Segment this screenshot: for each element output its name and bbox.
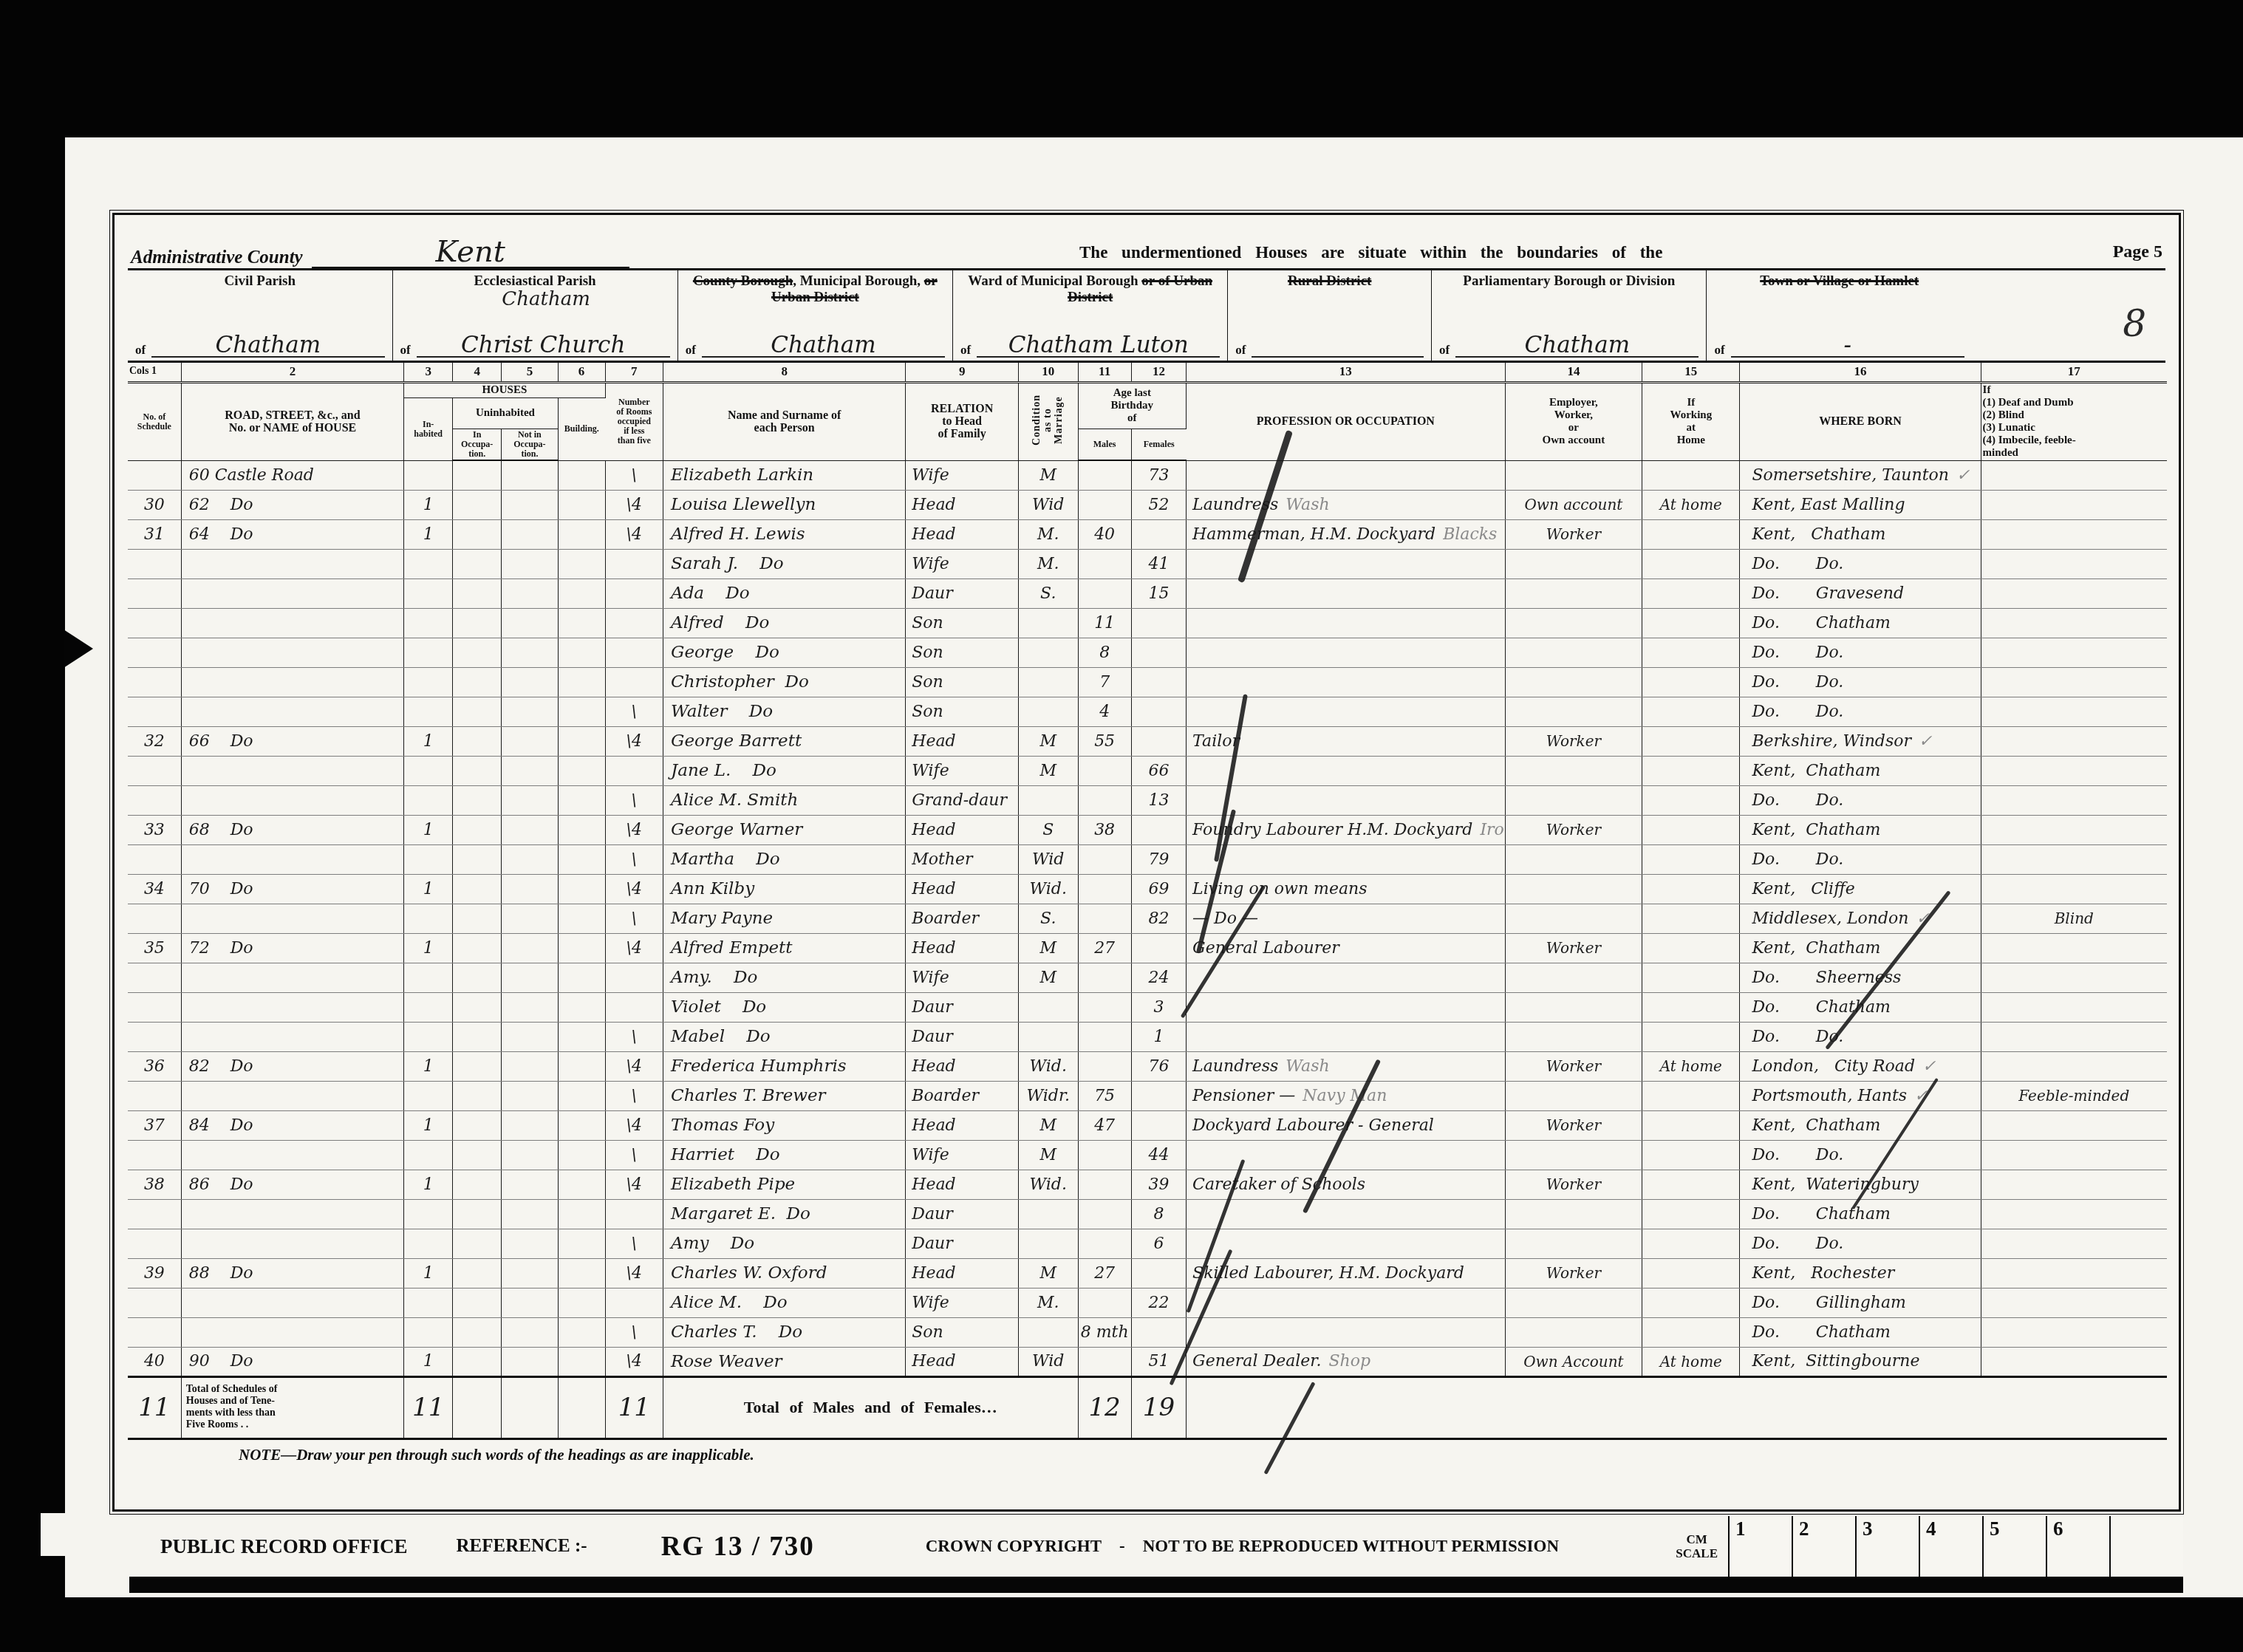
cell-building (558, 1317, 605, 1347)
separator-dash: - (1119, 1537, 1125, 1556)
cell-condition (1019, 608, 1079, 638)
parish-value: Chatham (1455, 334, 1699, 358)
cell-road (181, 638, 403, 667)
header-if-working: If Working at Home (1642, 382, 1740, 460)
cell-infirmity (1981, 963, 2167, 992)
cell-where-born: Do. Do. (1740, 1140, 1981, 1170)
cell-rooms: \4 (605, 1170, 663, 1199)
cell-schedule (128, 844, 181, 874)
cell-road (181, 963, 403, 992)
cell-rooms: \4 (605, 726, 663, 756)
cell-uninhabited-in-occupation (453, 1199, 502, 1229)
cell-where-born: Kent, Sittingbourne (1740, 1347, 1981, 1376)
cell-uninhabited-in-occupation (453, 1022, 502, 1051)
header-infirmity: If (1) Deaf and Dumb (2) Blind (3) Lunat… (1981, 382, 2167, 460)
cell-condition: Widr. (1019, 1081, 1079, 1110)
cell-uninhabited-in-occupation (453, 667, 502, 697)
cell-schedule (128, 549, 181, 578)
cell-road (181, 667, 403, 697)
cell-occupation: LaundressWash (1187, 490, 1505, 519)
cell-building (558, 933, 605, 963)
cell-schedule (128, 904, 181, 933)
cell-inhabited (404, 1081, 453, 1110)
cell-at-home (1642, 874, 1740, 904)
cell-inhabited: 1 (404, 1347, 453, 1376)
cell-uninhabited-in-occupation (453, 874, 502, 904)
cell-name: Charles W. Oxford (663, 1258, 906, 1288)
cell-uninhabited-not-occupation (502, 726, 558, 756)
cell-where-born: Kent, Chatham (1740, 1110, 1981, 1140)
cell-name: Alfred H. Lewis (663, 519, 906, 549)
cell-at-home (1642, 1081, 1740, 1110)
census-record-row: 4090 Do1\4Rose WeaverHeadWid51General De… (128, 1347, 2167, 1376)
cell-condition: Wid. (1019, 874, 1079, 904)
cell-infirmity (1981, 785, 2167, 815)
cell-relation: Head (906, 933, 1019, 963)
cell-uninhabited-in-occupation (453, 578, 502, 608)
cell-name: George Do (663, 638, 906, 667)
cell-condition: M (1019, 726, 1079, 756)
cell-schedule (128, 1229, 181, 1258)
column-number: 9 (906, 363, 1019, 382)
cell-road: 68 Do (181, 815, 403, 844)
cell-condition: Wid (1019, 1347, 1079, 1376)
cell-rooms (605, 963, 663, 992)
cell-where-born: Kent, Rochester (1740, 1258, 1981, 1288)
cell-rooms (605, 578, 663, 608)
census-record-row: Ada DoDaurS.15Do. Gravesend (128, 578, 2167, 608)
cell-building (558, 1170, 605, 1199)
cell-age-female: 79 (1131, 844, 1186, 874)
cell-uninhabited-not-occupation (502, 638, 558, 667)
cell-schedule (128, 608, 181, 638)
table-header: Cols 1234567891011121314151617 No. of Sc… (128, 363, 2167, 460)
cell-age-male (1078, 1347, 1131, 1376)
cell-name: Walter Do (663, 697, 906, 726)
cell-occupation (1187, 549, 1505, 578)
header-females: Females (1131, 429, 1186, 461)
cell-where-born: Portsmouth, Hants✓ (1740, 1081, 1981, 1110)
cell-uninhabited-not-occupation (502, 756, 558, 785)
cell-condition (1019, 1199, 1079, 1229)
cell-uninhabited-in-occupation (453, 1288, 502, 1317)
cell-schedule: 34 (128, 874, 181, 904)
cell-uninhabited-not-occupation (502, 1199, 558, 1229)
cell-relation: Mother (906, 844, 1019, 874)
cell-age-female (1131, 519, 1186, 549)
cell-age-female (1131, 1110, 1186, 1140)
census-record-row: Margaret E. DoDaur8Do. Chatham (128, 1199, 2167, 1229)
cell-inhabited (404, 1140, 453, 1170)
cell-infirmity (1981, 726, 2167, 756)
cell-name: Alice M. Do (663, 1288, 906, 1317)
cell-inhabited: 1 (404, 1110, 453, 1140)
column-number: 2 (181, 363, 403, 382)
parish-box: Ecclesiastical ParishChathamofChrist Chu… (393, 270, 678, 361)
cell-rooms (605, 638, 663, 667)
cell-inhabited (404, 667, 453, 697)
cell-uninhabited-in-occupation (453, 490, 502, 519)
census-record-row: 3470 Do1\4Ann KilbyHeadWid.69Living on o… (128, 874, 2167, 904)
cm-scale-endcap (2109, 1516, 2183, 1577)
cell-where-born: Do. Chatham (1740, 608, 1981, 638)
parish-box: Ward of Municipal Borough or of Urban Di… (953, 270, 1228, 361)
cell-relation: Daur (906, 578, 1019, 608)
column-number: 16 (1740, 363, 1981, 382)
cell-infirmity (1981, 697, 2167, 726)
column-number: 12 (1131, 363, 1186, 382)
column-number: 8 (663, 363, 906, 382)
cell-uninhabited-in-occupation (453, 1258, 502, 1288)
cell-schedule (128, 992, 181, 1022)
cell-rooms (605, 549, 663, 578)
cell-rooms: \4 (605, 1051, 663, 1081)
cell-employer (1505, 785, 1642, 815)
cell-condition: Wid. (1019, 1051, 1079, 1081)
column-number: 10 (1019, 363, 1079, 382)
census-record-row: \Walter DoSon4Do. Do. (128, 697, 2167, 726)
cell-road: 82 Do (181, 1051, 403, 1081)
cell-relation: Daur (906, 1229, 1019, 1258)
cell-where-born: Do. Do. (1740, 1229, 1981, 1258)
cell-infirmity (1981, 1258, 2167, 1288)
public-record-office-label: PUBLIC RECORD OFFICE (160, 1535, 408, 1558)
cell-at-home (1642, 1229, 1740, 1258)
cell-age-male: 55 (1078, 726, 1131, 756)
archival-stamp: 8 (2123, 302, 2146, 345)
cell-name: Louisa Llewellyn (663, 490, 906, 519)
cell-at-home: At home (1642, 1347, 1740, 1376)
cm-scale-cell: 6 (2046, 1516, 2109, 1577)
cell-age-male (1078, 1288, 1131, 1317)
empty-cell (1187, 1376, 2167, 1438)
cell-schedule: 31 (128, 519, 181, 549)
cell-uninhabited-not-occupation (502, 1258, 558, 1288)
cell-occupation: Skilled Labourer, H.M. Dockyard (1187, 1258, 1505, 1288)
cell-where-born: Do. Do. (1740, 667, 1981, 697)
cell-employer (1505, 549, 1642, 578)
cell-schedule (128, 667, 181, 697)
cell-condition: M (1019, 933, 1079, 963)
cell-employer: Worker (1505, 726, 1642, 756)
cell-age-female (1131, 933, 1186, 963)
cell-at-home (1642, 697, 1740, 726)
cell-infirmity (1981, 1110, 2167, 1140)
census-record-row: \Alice M. SmithGrand-daur13Do. Do. (128, 785, 2167, 815)
cell-condition: M (1019, 1140, 1079, 1170)
cm-scale-label: CM SCALE (1676, 1532, 1718, 1560)
cell-occupation (1187, 1317, 1505, 1347)
cell-inhabited: 1 (404, 874, 453, 904)
cell-condition: Wid (1019, 490, 1079, 519)
cell-inhabited (404, 608, 453, 638)
header-not-in-occupation: Not in Occupa- tion. (502, 429, 558, 461)
of-label: of (1714, 343, 1724, 358)
cell-uninhabited-in-occupation (453, 756, 502, 785)
cell-rooms (605, 667, 663, 697)
census-record-row: \Mary PayneBoarderS.82— Do —Middlesex, L… (128, 904, 2167, 933)
cell-infirmity (1981, 992, 2167, 1022)
cell-age-male (1078, 460, 1131, 490)
cell-rooms: \4 (605, 933, 663, 963)
cell-name: Christopher Do (663, 667, 906, 697)
census-record-row: 3682 Do1\4Frederica HumphrisHeadWid.76La… (128, 1051, 2167, 1081)
cell-age-male (1078, 549, 1131, 578)
cell-schedule (128, 1199, 181, 1229)
cell-building (558, 667, 605, 697)
cell-uninhabited-not-occupation (502, 608, 558, 638)
cell-occupation: General Dealer.Shop (1187, 1347, 1505, 1376)
cell-where-born: Berkshire, Windsor✓ (1740, 726, 1981, 756)
cell-inhabited (404, 578, 453, 608)
cell-rooms: \ (605, 785, 663, 815)
empty-cell (453, 1376, 502, 1438)
cell-relation: Daur (906, 1022, 1019, 1051)
cell-rooms: \4 (605, 874, 663, 904)
cell-infirmity (1981, 578, 2167, 608)
cell-age-male (1078, 1199, 1131, 1229)
cell-age-female: 15 (1131, 578, 1186, 608)
census-record-row: Sarah J. DoWifeM.41Do. Do. (128, 549, 2167, 578)
cell-rooms: \ (605, 904, 663, 933)
cell-where-born: Do. Do. (1740, 549, 1981, 578)
cell-employer (1505, 992, 1642, 1022)
cell-uninhabited-not-occupation (502, 1081, 558, 1110)
cell-road (181, 904, 403, 933)
cell-employer (1505, 844, 1642, 874)
cell-age-female (1131, 697, 1186, 726)
cell-building (558, 490, 605, 519)
cell-uninhabited-in-occupation (453, 785, 502, 815)
cell-uninhabited-not-occupation (502, 1288, 558, 1317)
cell-name: Elizabeth Pipe (663, 1170, 906, 1199)
parish-box-title: County Borough, Municipal Borough, or Ur… (683, 273, 948, 306)
cell-occupation (1187, 1199, 1505, 1229)
cell-uninhabited-in-occupation (453, 815, 502, 844)
cell-inhabited (404, 697, 453, 726)
header-uninhabited: Uninhabited (453, 397, 558, 429)
cell-at-home (1642, 1170, 1740, 1199)
cell-inhabited: 1 (404, 519, 453, 549)
cell-uninhabited-not-occupation (502, 460, 558, 490)
cell-condition (1019, 1229, 1079, 1258)
cell-uninhabited-in-occupation (453, 1229, 502, 1258)
census-record-row: 3266 Do1\4George BarrettHeadM55TailorWor… (128, 726, 2167, 756)
cell-road (181, 1317, 403, 1347)
of-label: of (960, 343, 971, 358)
totals-section: 11 Total of Schedules of Houses and of T… (128, 1376, 2167, 1438)
cell-rooms: \ (605, 1317, 663, 1347)
cell-age-female: 69 (1131, 874, 1186, 904)
cell-building (558, 874, 605, 904)
cell-schedule (128, 697, 181, 726)
cell-inhabited: 1 (404, 726, 453, 756)
administrative-county-label: Administrative County (131, 248, 303, 268)
cell-uninhabited-not-occupation (502, 519, 558, 549)
cell-building (558, 904, 605, 933)
parish-box: Civil ParishofChatham (128, 270, 393, 361)
cell-employer (1505, 1140, 1642, 1170)
cell-relation: Head (906, 726, 1019, 756)
cell-age-male (1078, 874, 1131, 904)
cell-infirmity (1981, 874, 2167, 904)
column-number: 13 (1187, 363, 1505, 382)
census-record-row: 3988 Do1\4Charles W. OxfordHeadM27Skille… (128, 1258, 2167, 1288)
cell-uninhabited-not-occupation (502, 1140, 558, 1170)
cell-rooms: \4 (605, 1258, 663, 1288)
cell-infirmity (1981, 549, 2167, 578)
cell-at-home (1642, 726, 1740, 756)
cell-infirmity (1981, 1199, 2167, 1229)
cell-inhabited: 1 (404, 1258, 453, 1288)
cell-road (181, 549, 403, 578)
cell-at-home (1642, 608, 1740, 638)
cell-at-home (1642, 992, 1740, 1022)
cell-schedule (128, 756, 181, 785)
cell-at-home (1642, 1317, 1740, 1347)
parish-box-title: Civil Parish (132, 273, 388, 290)
cell-relation: Head (906, 490, 1019, 519)
cell-infirmity (1981, 756, 2167, 785)
cell-uninhabited-not-occupation (502, 490, 558, 519)
cell-schedule: 33 (128, 815, 181, 844)
margin-arrow-marker (64, 629, 93, 668)
cell-where-born: Kent, Chatham (1740, 756, 1981, 785)
parish-value: Chatham (151, 334, 384, 358)
cell-building (558, 1347, 605, 1376)
census-record-row: \Martha DoMotherWid79Do. Do. (128, 844, 2167, 874)
header-employer: Employer, Worker, or Own account (1505, 382, 1642, 460)
cell-road: 86 Do (181, 1170, 403, 1199)
cell-employer: Own Account (1505, 1347, 1642, 1376)
cell-age-male: 11 (1078, 608, 1131, 638)
column-number: 17 (1981, 363, 2167, 382)
cell-building (558, 638, 605, 667)
total-females-value: 19 (1131, 1376, 1186, 1438)
cell-age-male: 27 (1078, 933, 1131, 963)
cell-employer (1505, 1081, 1642, 1110)
cell-inhabited: 1 (404, 1051, 453, 1081)
census-record-row: \Amy DoDaur6Do. Do. (128, 1229, 2167, 1258)
cell-road (181, 1022, 403, 1051)
cell-age-female: 73 (1131, 460, 1186, 490)
cell-relation: Son (906, 667, 1019, 697)
cell-relation: Wife (906, 963, 1019, 992)
cell-uninhabited-in-occupation (453, 1081, 502, 1110)
cell-name: Charles T. Brewer (663, 1081, 906, 1110)
cell-condition (1019, 638, 1079, 667)
cell-condition (1019, 785, 1079, 815)
cell-occupation: Foundry Labourer H.M. DockyardIron (1187, 815, 1505, 844)
column-number: 4 (453, 363, 502, 382)
census-record-row: \Mabel DoDaur1Do. Do. (128, 1022, 2167, 1051)
total-inhabited-value: 11 (404, 1376, 453, 1438)
cell-uninhabited-in-occupation (453, 992, 502, 1022)
census-record-row: Jane L. DoWifeM66Kent, Chatham (128, 756, 2167, 785)
cell-occupation: LaundressWash (1187, 1051, 1505, 1081)
cm-scale: CM SCALE 123456 (1676, 1516, 2183, 1577)
cell-inhabited: 1 (404, 933, 453, 963)
census-record-row: Alice M. DoWifeM.22Do. Gillingham (128, 1288, 2167, 1317)
empty-cell (558, 1376, 605, 1438)
of-label: of (1439, 343, 1450, 358)
cell-uninhabited-not-occupation (502, 785, 558, 815)
column-number: 11 (1078, 363, 1131, 382)
cell-age-female: 1 (1131, 1022, 1186, 1051)
census-record-row: 60 Castle Road\Elizabeth LarkinWifeM73So… (128, 460, 2167, 490)
cell-employer (1505, 1022, 1642, 1051)
cell-relation: Wife (906, 1140, 1019, 1170)
cell-at-home (1642, 844, 1740, 874)
cell-uninhabited-not-occupation (502, 1022, 558, 1051)
column-number: 14 (1505, 363, 1642, 382)
cm-scale-cell: 5 (1982, 1516, 2046, 1577)
cell-road: 88 Do (181, 1258, 403, 1288)
cell-infirmity (1981, 815, 2167, 844)
cell-occupation: Pensioner —Navy Man (1187, 1081, 1505, 1110)
cm-scale-cell: 3 (1855, 1516, 1919, 1577)
cell-relation: Son (906, 638, 1019, 667)
cell-employer: Own account (1505, 490, 1642, 519)
cell-rooms: \4 (605, 1347, 663, 1376)
cell-uninhabited-not-occupation (502, 933, 558, 963)
cell-relation: Head (906, 519, 1019, 549)
cell-age-male: 7 (1078, 667, 1131, 697)
cell-age-female (1131, 1317, 1186, 1347)
cell-uninhabited-not-occupation (502, 549, 558, 578)
cell-rooms: \ (605, 460, 663, 490)
cell-name: Martha Do (663, 844, 906, 874)
cell-employer (1505, 1199, 1642, 1229)
cell-where-born: Kent, Chatham (1740, 815, 1981, 844)
page-number: Page 5 (2113, 242, 2162, 268)
cell-at-home (1642, 1258, 1740, 1288)
cell-building (558, 1081, 605, 1110)
reproduction-notice: NOT TO BE REPRODUCED WITHOUT PERMISSION (1143, 1537, 1559, 1556)
cell-age-male: 47 (1078, 1110, 1131, 1140)
cell-uninhabited-not-occupation (502, 992, 558, 1022)
cell-rooms (605, 1288, 663, 1317)
cm-scale-cell: 1 (1728, 1516, 1792, 1577)
cell-at-home (1642, 904, 1740, 933)
cm-scale-cell: 2 (1792, 1516, 1855, 1577)
cell-occupation (1187, 1288, 1505, 1317)
cell-infirmity (1981, 667, 2167, 697)
cell-employer (1505, 697, 1642, 726)
column-number: 15 (1642, 363, 1740, 382)
cell-age-male: 27 (1078, 1258, 1131, 1288)
cell-rooms: \ (605, 697, 663, 726)
cell-occupation (1187, 1229, 1505, 1258)
cell-inhabited (404, 904, 453, 933)
cell-where-born: Kent, Chatham (1740, 933, 1981, 963)
cell-road (181, 1288, 403, 1317)
cell-uninhabited-not-occupation (502, 1170, 558, 1199)
cell-name: Amy. Do (663, 963, 906, 992)
cell-employer: Worker (1505, 933, 1642, 963)
parish-box: Rural Districtof (1228, 270, 1432, 361)
cell-inhabited: 1 (404, 490, 453, 519)
cell-infirmity (1981, 1288, 2167, 1317)
cell-at-home (1642, 963, 1740, 992)
cell-name: Ann Kilby (663, 874, 906, 904)
cell-uninhabited-in-occupation (453, 1347, 502, 1376)
cell-where-born: Middlesex, London✓ (1740, 904, 1981, 933)
cell-age-male: 4 (1078, 697, 1131, 726)
cell-uninhabited-in-occupation (453, 963, 502, 992)
cell-condition (1019, 992, 1079, 1022)
parish-box-title: Town or Village or Hamlet (1711, 273, 1967, 290)
